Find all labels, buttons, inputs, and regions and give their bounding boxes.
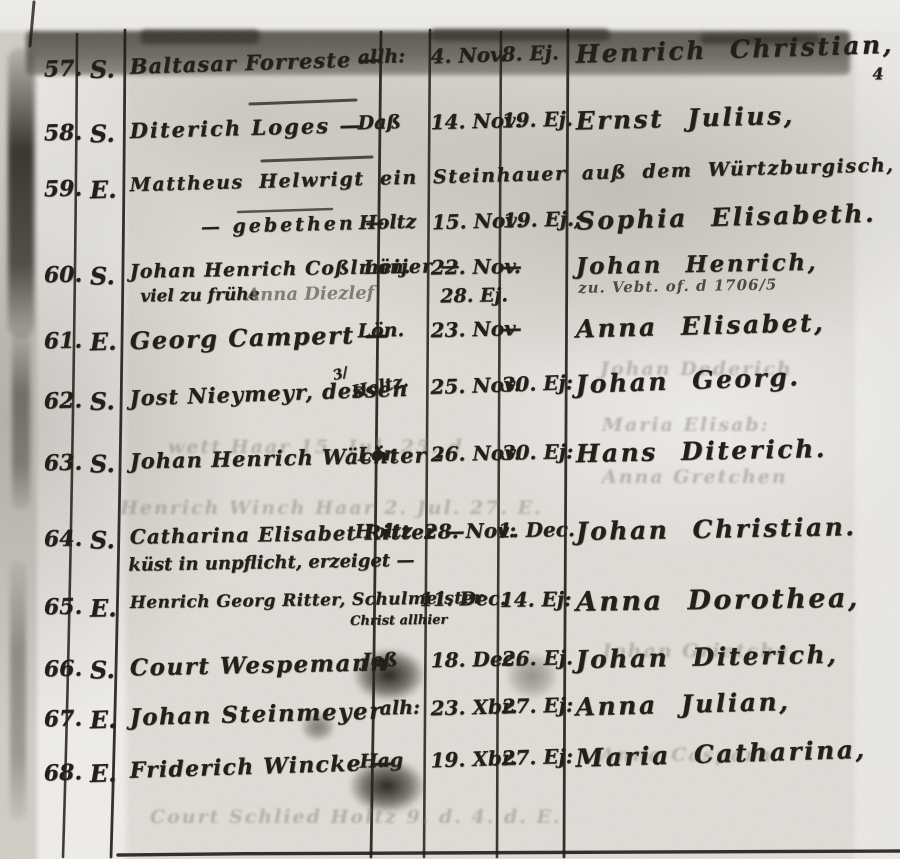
parent-name: Catharina Elisabet Ritter — [130,519,466,549]
faint-annotation: Anna Diezlef [246,283,375,306]
entry-number: 68. [43,759,82,786]
bleedthrough-line: Maria Elisab: [602,414,770,436]
child-name: Johan Henrich, [576,249,819,280]
entry-number: 64. [44,526,83,553]
parent-name: Georg Campert — [129,319,390,355]
parent-note: küst in unpflicht, erzeiget — [128,550,414,576]
entry-letter: E. [90,593,117,622]
baptism-date: 27. Ej: [501,744,573,770]
entry-number: 66. [44,656,83,683]
parent-note: viel zu frühe [140,285,260,307]
place-abbrev: Daß [357,111,401,134]
entry-number: 67. [43,705,82,732]
place-abbrev: Lön [357,443,397,466]
baptism-date: 30. Ej: [501,370,573,396]
register-row: 59. E. Mattheus Helwrigt ein Steinhauer … [0,154,900,222]
register-row: 60. S. Johan Henrich Coßlmeijer — viel z… [0,247,900,307]
entry-letter: S. [90,655,115,685]
bleedthrough-line: Henrich Winch Haar 2. Jul. 27. E. [120,497,543,519]
entry-letter: E. [89,705,116,735]
child-name: Maria Catharina, [575,735,867,773]
parent-note: Christ allhier [350,613,447,629]
parent-name: Friderich Wincke — [129,750,394,784]
baptism-date: 19. Ej.; [502,206,581,232]
place-abbrev: Jaß [361,649,397,672]
baptism-date: 19. Ej. [501,107,573,133]
entry-letter: E. [89,175,116,205]
entry-letter: S. [89,386,115,416]
place-abbrev: Lön. [357,319,404,342]
child-name: Anna Julian, [575,687,790,722]
entry-number: 59. [43,175,82,202]
parent-name: Johan Steinmeyer [129,698,383,732]
place-abbrev: allh: [357,45,405,68]
register-scan-page: Johan Dederich Maria Elisab: Anna Gretch… [0,0,900,859]
baptism-date: 1. Dec. [498,517,575,542]
baptism-date: 8. Ej. [501,40,559,66]
marginal-note: zu. Vebt. of. d 1706/5 [578,275,778,296]
margin-mark: 4 [872,64,884,83]
place-abbrev: Hag [359,749,403,772]
baptism-date: 27. Ej: [501,693,573,719]
parent-name: Johan Henrich Coßlmeijer — [130,255,461,283]
parent-name: Diterich Loges — [129,112,362,143]
child-name: Anna Elisabet, [575,308,825,344]
bleedthrough-line: Court Schlied Holtz 9. d. 4. d. E. [150,806,562,828]
place-abbrev: Holtz [355,520,413,543]
baptism-date: 30. Ej: [501,439,573,464]
entry-number: 57. [43,55,82,82]
baptism-date: — [501,316,522,341]
register-row: 64. S. Catharina Elisabet Ritter — küst … [0,511,900,571]
entry-number: 62. [43,387,82,414]
child-name: Johan Diterich, [575,640,838,674]
place-abbrev: alh: [379,697,420,720]
baptism-date: 26. Ej. [501,645,573,670]
child-name: Hans Diterich. [575,434,827,468]
register-row: 58. S. Diterich Loges — Daß 14. Nov: 19.… [0,98,900,166]
baptism-date: 14. Ej: [500,587,572,612]
child-name: Ernst Julius, [575,101,795,136]
place-abbrev: Holtz [358,211,416,234]
place-abbrev: Lön. [364,256,411,279]
child-name: Johan Christian. [576,512,857,546]
baptism-date-2: 28. Ej. [440,284,508,307]
birth-date: 4. Nov. [430,42,507,68]
parent-name: Mattheus Helwrigt ein Steinhauer auß dem… [129,154,894,196]
entry-number: 61. [43,327,82,354]
birth-date: 11. Dec. [420,588,507,611]
entry-letter: S. [90,525,115,554]
entry-number: 60. [44,262,83,289]
entry-letter: S. [90,449,115,479]
entry-letter: S. [89,54,115,84]
entry-letter: E. [89,758,117,788]
entry-number: 58. [43,119,82,146]
entry-number: 65. [44,594,83,621]
entry-letter: E. [89,327,116,357]
baptism-date: — [502,254,522,278]
child-name: Anna Dorothea, [576,583,860,618]
register-row: 65. E. Henrich Georg Ritter, Schulmeiste… [0,582,900,639]
parent-name: Court Wespemann [130,649,389,681]
child-name: Sophia Elisabeth. [576,199,876,236]
entry-letter: S. [89,119,115,149]
entry-letter: S. [90,261,115,290]
entry-number: 63. [44,450,83,477]
top-edge-smudge-lump [140,30,260,44]
